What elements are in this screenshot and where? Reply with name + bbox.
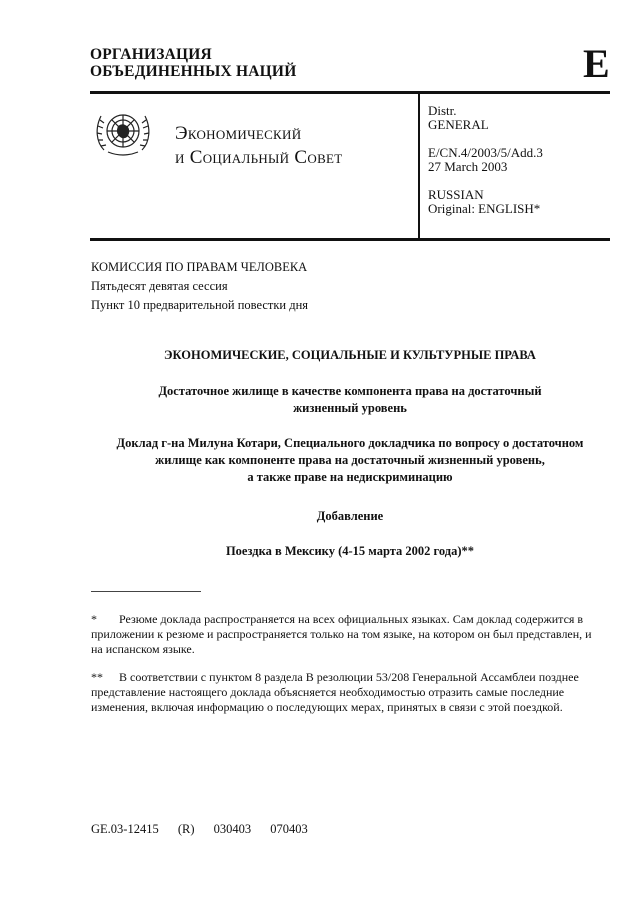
- distribution-value: GENERAL: [428, 118, 543, 132]
- document-date: 27 March 2003: [428, 160, 543, 174]
- mission-title: Поездка в Мексику (4-15 марта 2002 года)…: [90, 543, 610, 560]
- council-name-line2: и Социальный Совет: [175, 146, 343, 170]
- commission-block: КОМИССИЯ ПО ПРАВАМ ЧЕЛОВЕКА Пятьдесят де…: [91, 258, 308, 315]
- footnote-1-mark: *: [91, 612, 119, 627]
- header-rule-bottom: [90, 238, 610, 241]
- report-title-line3: а также праве на недискриминацию: [90, 469, 610, 486]
- organization-name: ОРГАНИЗАЦИЯ ОБЪЕДИНЕННЫХ НАЦИЙ: [90, 46, 296, 80]
- footnote-separator: [91, 591, 201, 592]
- report-title-line2: жилище как компоненте права на достаточн…: [90, 452, 610, 469]
- subtitle-line1: Достаточное жилище в качестве компонента…: [90, 383, 610, 400]
- job-date-1: 030403: [214, 822, 252, 836]
- agenda-item: Пункт 10 предварительной повестки дня: [91, 296, 308, 315]
- session-name: Пятьдесят девятая сессия: [91, 277, 308, 296]
- commission-name: КОМИССИЯ ПО ПРАВАМ ЧЕЛОВЕКА: [91, 258, 308, 277]
- subtitle: Достаточное жилище в качестве компонента…: [90, 383, 610, 417]
- job-date-2: 070403: [270, 822, 308, 836]
- report-title-line1: Доклад г-на Милуна Котари, Специального …: [90, 435, 610, 452]
- document-metadata: Distr. GENERAL E/CN.4/2003/5/Add.3 27 Ma…: [428, 104, 543, 216]
- job-code: GE.03-12415: [91, 822, 159, 836]
- addendum-label: Добавление: [90, 508, 610, 525]
- council-name: Экономический и Социальный Совет: [175, 122, 343, 170]
- job-number: GE.03-12415 (R) 030403 070403: [91, 822, 324, 837]
- header-vertical-rule: [418, 92, 420, 240]
- footnote-1-first-line: Резюме доклада распространяется на всех …: [119, 612, 512, 626]
- un-emblem-icon: [94, 106, 152, 158]
- subtitle-line2: жизненный уровень: [90, 400, 610, 417]
- header-rule-top: [90, 91, 610, 94]
- language-letter: E: [583, 42, 610, 86]
- document-symbol: E/CN.4/2003/5/Add.3: [428, 146, 543, 160]
- document-language: RUSSIAN: [428, 188, 543, 202]
- distribution-label: Distr.: [428, 104, 543, 118]
- organization-name-line1: ОРГАНИЗАЦИЯ: [90, 46, 296, 63]
- footnote-2: **В соответствии с пунктом 8 раздела В р…: [91, 670, 601, 715]
- job-type: (R): [178, 822, 195, 836]
- original-language: Original: ENGLISH*: [428, 202, 543, 216]
- footnote-1: *Резюме доклада распространяется на всех…: [91, 612, 601, 657]
- main-title: ЭКОНОМИЧЕСКИЕ, СОЦИАЛЬНЫЕ И КУЛЬТУРНЫЕ П…: [90, 347, 610, 364]
- footnote-2-first-line: В соответствии с пунктом 8 раздела В рез…: [119, 670, 536, 684]
- council-name-line1: Экономический: [175, 122, 343, 146]
- footnote-2-mark: **: [91, 670, 119, 685]
- report-title: Доклад г-на Милуна Котари, Специального …: [90, 435, 610, 486]
- organization-name-line2: ОБЪЕДИНЕННЫХ НАЦИЙ: [90, 63, 296, 80]
